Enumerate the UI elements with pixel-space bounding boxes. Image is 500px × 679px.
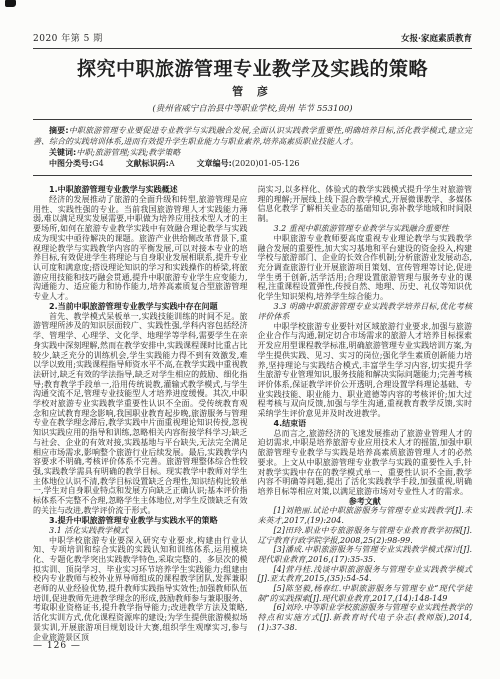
reference-item: [2]田玲.职业中专旅游服务与管理专业教育教学初探[J].辽宁教育行政学院学报,…: [258, 526, 473, 545]
right-column: 岗实习,以多样化、体验式的教学实践模式提升学生对旅游管理的理解;开展线上线下混合…: [258, 185, 473, 652]
author-name: 管 彦: [33, 83, 472, 99]
section-3-3-paragraph: 中职学校旅游专业要针对区域旅游行业要求,加强与旅游企业合作与沟通,制定切合市场需…: [258, 322, 473, 419]
reference-item: [5]陈坚毅,杨春红.中职旅游服务与管理专业“现代学徒制”的实践探索[J].现代…: [258, 584, 473, 603]
left-column: 1.中职旅游管理专业教学与实践概述 经济的发展推动了旅游的全面升级和转型,旅游管…: [33, 185, 248, 652]
section-3-heading: 3.提升中职旅游管理专业教学与实践水平的策略: [33, 516, 248, 526]
body-columns: 1.中职旅游管理专业教学与实践概述 经济的发展推动了旅游的全面升级和转型,旅游管…: [33, 185, 472, 652]
journal-name: 女报·家庭素质教育: [401, 34, 472, 45]
section-2-heading: 2.当前中职旅游管理专业教学与实践中存在问题: [33, 302, 248, 312]
scan-artifact: [5, 0, 16, 7]
keywords-text: 中职;旅游管理;实践;教学策略: [76, 148, 180, 157]
reference-item: [3]潘成.中职旅游服务与管理专业实践教学模式探讨[J].现代职业教育,2016…: [258, 545, 473, 564]
references-heading: 参考文献: [258, 497, 473, 507]
doc-code-pair: 文献标识码:A: [126, 159, 175, 168]
abstract-line: 摘要:中职旅游管理专业要促进专业教学与实践融合发展,全面认识实践教学重要性,明确…: [33, 125, 472, 147]
section-3-1-paragraph: 中职学校旅游专业要深入研究专业要求,构建由行业认知、专项培训和综合实践的实践认知…: [33, 536, 248, 643]
abstract-block: 摘要:中职旅游管理专业要促进专业教学与实践融合发展,全面认识实践教学重要性,明确…: [33, 119, 472, 176]
reference-item: [4]营丹桂.浅谈中职旅游服务与管理专业实践教学模式[J].亚太教育,2015,…: [258, 565, 473, 584]
section-4-paragraph: 总而言之,旅游经济的飞速发展推动了旅游业管理人才的迫切需求,中职是培养旅游专业应…: [258, 429, 473, 497]
classification-line: 中图分类号:G4文献标识码:A文章编号:(2020)01-05-126: [33, 158, 472, 169]
keywords-line: 关键词:中职;旅游管理;实践;教学策略: [33, 147, 472, 158]
issue-label: 2020 年第 5 期: [33, 34, 103, 45]
section-3-2-paragraph: 中职旅游专业教师要高度重视专业理论教学与实践教学融合发展的重要性,加大实习基地和…: [258, 234, 473, 302]
abstract-label: 摘要:: [49, 126, 69, 135]
keywords-label: 关键词:: [49, 148, 76, 157]
section-2-paragraph: 首先、教学模式呆板单一,实践技能训练的时间不足。旅游管理所涉及的知识层面较广、实…: [33, 312, 248, 516]
abstract-text: 中职旅游管理专业要促进专业教学与实践融合发展,全面认识实践教学重要性,明确培养目…: [33, 126, 472, 146]
clc-value: G4: [92, 159, 103, 168]
section-1-paragraph: 经济的发展推动了旅游的全面升级和转型,旅游管理是应用性、实践性强的专业。当前我国…: [33, 195, 248, 302]
clc-pair: 中图分类号:G4: [49, 159, 104, 168]
section-1-heading: 1.中职旅游管理专业教学与实践概述: [33, 185, 248, 195]
article-id-label: 文章编号:: [197, 159, 232, 168]
section-3-2-heading: 3.2 重视中职旅游管理专业教学与实践融合重要性: [258, 224, 473, 234]
doc-code-label: 文献标识码:: [126, 159, 169, 168]
doc-code-value: A: [169, 159, 175, 168]
reference-item: [6]刘玲.中等职业学校旅游服务与管理专业实践性教学的特点和实施方式[J].新教…: [258, 603, 473, 632]
section-3-1-heading: 3.1 活化实践教学模式: [33, 526, 248, 536]
paper-page: 2020 年第 5 期 女报·家庭素质教育 探究中职旅游管理专业教学及实践的策略…: [0, 0, 500, 679]
article-id-pair: 文章编号:(2020)01-05-126: [197, 159, 300, 168]
article-id-value: (2020)01-05-126: [232, 159, 300, 168]
article-title: 探究中职旅游管理专业教学及实践的策略: [33, 58, 472, 80]
journal-header: 2020 年第 5 期 女报·家庭素质教育: [33, 34, 472, 49]
section-3-3-heading: 3.3 明确中职旅游管理专业实践教学培养目标,优化考核评价体系: [258, 302, 473, 322]
page-number: — 126 —: [33, 642, 248, 652]
section-3-1-continuation: 岗实习,以多样化、体验式的教学实践模式提升学生对旅游管理的理解;开展线上线下混合…: [258, 185, 473, 224]
reference-item: [1]刘艳丽.试论中职旅游服务与管理专业实践教学[J].未来英才,2017,(1…: [258, 506, 473, 525]
clc-label: 中图分类号:: [49, 159, 92, 168]
section-4-heading: 4.结束语: [258, 419, 473, 429]
author-affiliation: (贵州省威宁自治县中等职业学校,贵州 毕节 553100): [33, 102, 472, 114]
